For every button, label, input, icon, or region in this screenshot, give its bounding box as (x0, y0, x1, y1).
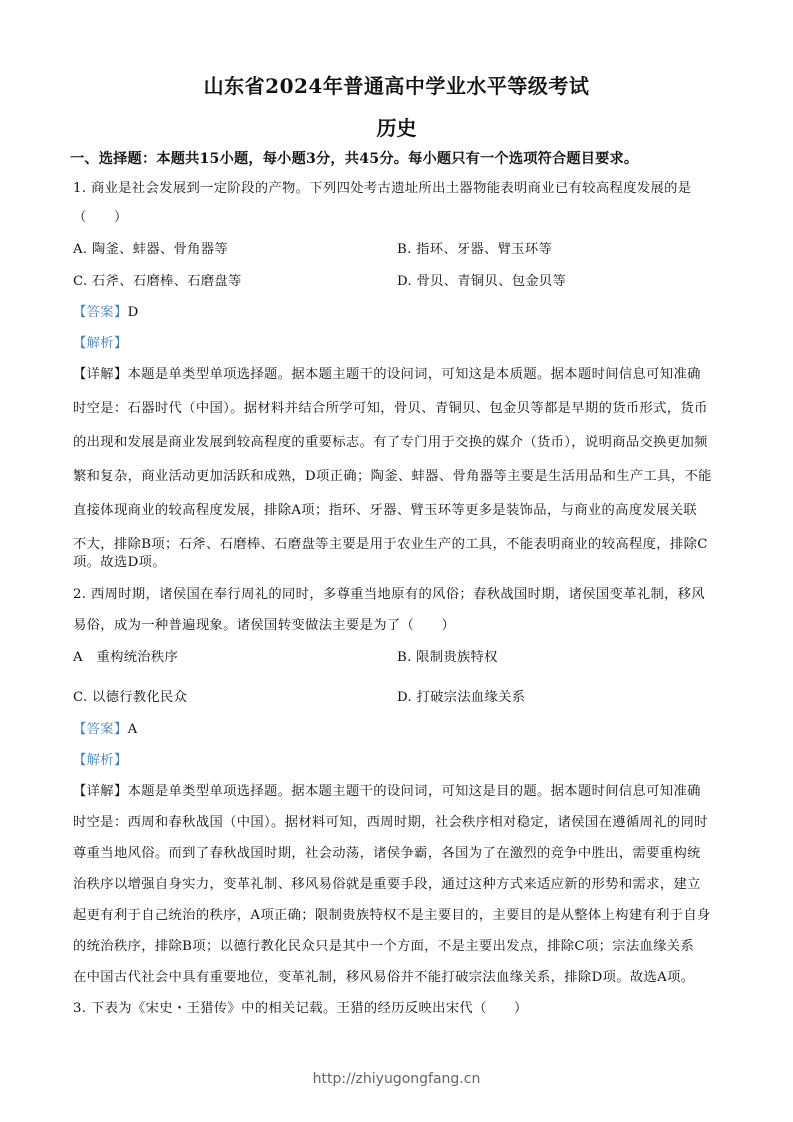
exam-title: 山东省2024年普通高中学业水平等级考试 (0, 70, 793, 99)
question-1-option-d: D. 骨贝、青铜贝、包金贝等 (397, 270, 566, 289)
question-2-option-a: A 重构统治秩序 (73, 646, 178, 665)
question-1-analysis-label: 【解析】 (73, 332, 128, 351)
question-2-detail-line: 在中国古代社会中具有重要地位，变革礼制，移风易俗并不能打破宗法血缘关系，排除D项… (73, 966, 694, 985)
question-1-detail-line: 项。故选D项。 (73, 551, 166, 570)
question-2-option-d: D. 打破宗法血缘关系 (397, 686, 525, 705)
question-2-option-c: C. 以德行教化民众 (73, 686, 187, 705)
question-1-detail-line: 【详解】本题是单类型单项选择题。据本题主题干的设问词，可知这是本质题。据本题时间… (73, 363, 701, 382)
question-1-stem-line-1: 1. 商业是社会发展到一定阶段的产物。下列四处考古遗址所出土器物能表明商业已有较… (73, 177, 691, 196)
answer-label: 【答案】 (73, 305, 128, 320)
question-2-stem-line-1: 2. 西周时期，诸侯国在奉行周礼的同时，多尊重当地原有的风俗；春秋战国时期，诸侯… (73, 583, 705, 602)
question-1-option-a: A. 陶釜、蚌器、骨角器等 (73, 238, 228, 257)
question-2-stem-line-2: 易俗，成为一种普遍现象。诸侯国转变做法主要是为了（ ） (73, 614, 455, 633)
question-1-stem-line-2: （ ） (73, 206, 128, 225)
question-2-detail-line: 尊重当地风俗。而到了春秋战国时期，社会动荡，诸侯争霸，各国为了在激烈的竞争中胜出… (73, 842, 701, 861)
section-heading: 一、选择题：本题共15小题，每小题3分，共45分。每小题只有一个选项符合题目要求… (70, 148, 638, 168)
question-1-detail-line: 的出现和发展是商业发展到较高程度的重要标志。有了专门用于交换的媒介（货币），说明… (73, 431, 708, 450)
question-1-detail-line: 繁和复杂，商业活动更加活跃和成熟，D项正确；陶釜、蚌器、骨角器等主要是生活用品和… (73, 465, 712, 484)
question-1-answer: 【答案】D (73, 301, 139, 320)
question-2-detail-line: 【详解】本题是单类型单项选择题。据本题主题干的设问词，可知这是目的题。据本题时间… (73, 780, 701, 799)
question-2-answer: 【答案】A (73, 718, 138, 737)
question-1-option-c: C. 石斧、石磨棒、石磨盘等 (73, 270, 242, 289)
question-1-detail-line: 直接体现商业的较高程度发展，排除A项；指环、牙器、臂玉环等更多是装饰品，与商业的… (73, 499, 697, 518)
subject-title: 历史 (0, 112, 793, 141)
question-2-detail-line: 起更有利于自己统治的秩序，A项正确；限制贵族特权不是主要目的，主要目的是从整体上… (73, 904, 711, 923)
question-1-option-b: B. 指环、牙器、臂玉环等 (397, 238, 552, 257)
answer-label: 【答案】 (73, 722, 128, 737)
question-1-detail-line: 时空是：石器时代（中国）。据材料并结合所学可知，骨贝、青铜贝、包金贝等都是早期的… (73, 397, 708, 416)
footer-url[interactable]: http://zhiyugongfang.cn (0, 1071, 793, 1087)
question-2-detail-line: 治秩序以增强自身实力，变革礼制、移风易俗就是重要手段，通过这种方式来适应新的形势… (73, 873, 701, 892)
question-2-analysis-label: 【解析】 (73, 749, 128, 768)
question-2-detail-line: 时空是：西周和春秋战国（中国）。据材料可知，西周时期，社会秩序相对稳定，诸侯国在… (73, 811, 708, 830)
question-3-stem-line-1: 3. 下表为《宋史・王猎传》中的相关记载。王猎的经历反映出宋代（ ） (73, 997, 528, 1016)
question-2-option-b: B. 限制贵族特权 (397, 646, 498, 665)
answer-value: A (128, 722, 138, 737)
exam-page: 山东省2024年普通高中学业水平等级考试 历史 一、选择题：本题共15小题，每小… (0, 0, 793, 1122)
answer-value: D (128, 305, 139, 320)
question-1-detail-line: 不大，排除B项；石斧、石磨棒、石磨盘等主要是用于农业生产的工具，不能表明商业的较… (73, 533, 708, 552)
question-2-detail-line: 的统治秩序，排除B项；以德行教化民众只是其中一个方面，不是主要出发点，排除C项；… (73, 935, 694, 954)
